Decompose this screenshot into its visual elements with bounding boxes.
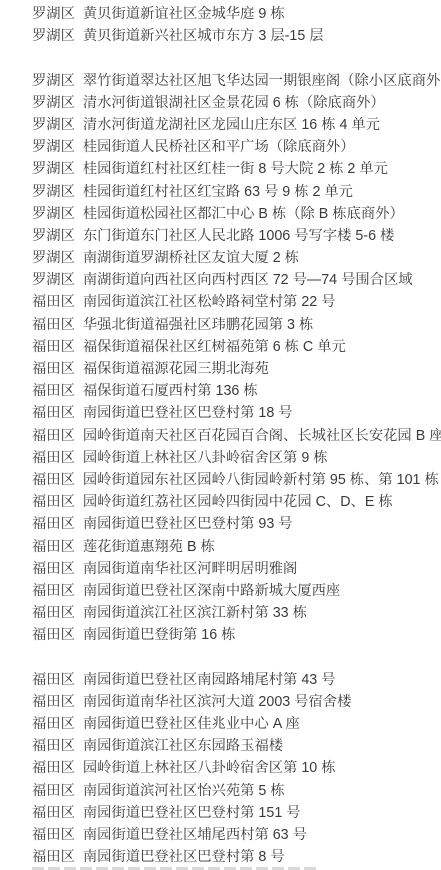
list-item: 福田区福保街道福保社区红树福苑第 6 栋 C 单元 — [0, 336, 441, 358]
list-item: 罗湖区南湖街道罗湖桥社区友谊大厦 2 栋 — [0, 247, 441, 269]
list-item: 福田区福保街道福源花园三期北海苑 — [0, 358, 441, 380]
district-label: 罗湖区 — [32, 247, 75, 269]
list-gap — [0, 646, 441, 668]
district-label: 福田区 — [32, 513, 75, 535]
list-item: 罗湖区清水河街道龙湖社区龙园山庄东区 16 栋 4 单元 — [0, 114, 441, 136]
address-text: 南园街道滨江社区东园路玉福楼 — [83, 738, 283, 754]
district-label: 福田区 — [32, 713, 75, 735]
district-label: 福田区 — [32, 425, 75, 447]
address-text: 桂园街道松园社区都汇中心 B 栋（除 B 栋底商外） — [83, 206, 404, 222]
list-item: 福田区南园街道巴登社区巴登村第 8 号 — [0, 846, 441, 868]
district-label: 福田区 — [32, 314, 75, 336]
district-label: 福田区 — [32, 402, 75, 424]
district-label: 罗湖区 — [32, 181, 75, 203]
address-text: 福保街道福源花园三期北海苑 — [83, 361, 269, 377]
address-text: 桂园街道人民桥社区和平广场（除底商外） — [83, 139, 355, 155]
district-label: 福田区 — [32, 691, 75, 713]
address-text: 南园街道巴登社区巴登村第 151 号 — [83, 805, 301, 821]
district-label: 福田区 — [32, 824, 75, 846]
list-item: 福田区园岭街道上林社区八卦岭宿舍区第 10 栋 — [0, 757, 441, 779]
address-text: 南园街道滨河社区怡兴苑第 5 栋 — [83, 783, 285, 799]
address-text: 桂园街道红村社区红桂一街 8 号大院 2 栋 2 单元 — [83, 161, 388, 177]
district-label: 福田区 — [32, 291, 75, 313]
list-item: 罗湖区桂园街道松园社区都汇中心 B 栋（除 B 栋底商外） — [0, 203, 441, 225]
address-text: 南园街道南华社区河畔明居明雅阁 — [83, 561, 297, 577]
list-item: 福田区南园街道巴登社区巴登村第 18 号 — [0, 402, 441, 424]
address-text: 翠竹街道翠达社区旭飞华达园一期银座阁（除小区底商外） — [83, 73, 441, 89]
district-label: 福田区 — [32, 602, 75, 624]
address-text: 华强北街道福强社区玮鹏花园第 3 栋 — [83, 317, 313, 333]
list-item: 福田区南园街道滨江社区东园路玉福楼 — [0, 735, 441, 757]
list-item: 福田区园岭街道园东社区园岭八街园岭新村第 95 栋、第 101 栋 — [0, 469, 441, 491]
district-label: 福田区 — [32, 846, 75, 868]
district-label: 福田区 — [32, 447, 75, 469]
address-text: 南园街道南华社区滨河大道 2003 号宿舍楼 — [83, 694, 352, 710]
address-text: 南园街道巴登街第 16 栋 — [83, 627, 236, 643]
address-text: 南园街道巴登社区佳兆业中心 A 座 — [83, 716, 300, 732]
district-label: 罗湖区 — [32, 3, 75, 25]
district-label: 罗湖区 — [32, 136, 75, 158]
address-text: 园岭街道红荔社区园岭四街园中花园 C、D、E 栋 — [83, 494, 393, 510]
list-item: 罗湖区黄贝街道新兴社区城市东方 3 层-15 层 — [0, 25, 441, 47]
district-label: 福田区 — [32, 558, 75, 580]
district-label: 福田区 — [32, 802, 75, 824]
list-item: 福田区南园街道巴登社区南园路埔尾村第 43 号 — [0, 669, 441, 691]
address-text: 南湖街道罗湖桥社区友谊大厦 2 栋 — [83, 250, 299, 266]
address-text: 园岭街道上林社区八卦岭宿舍区第 9 栋 — [83, 450, 328, 466]
district-label: 罗湖区 — [32, 114, 75, 136]
list-item: 福田区南园街道巴登社区巴登村第 93 号 — [0, 513, 441, 535]
district-label: 罗湖区 — [32, 158, 75, 180]
list-item: 福田区莲花街道惠翔苑 B 栋 — [0, 536, 441, 558]
district-label: 福田区 — [32, 669, 75, 691]
list-item: 罗湖区桂园街道人民桥社区和平广场（除底商外） — [0, 136, 441, 158]
list-item: 罗湖区桂园街道红村社区红桂一街 8 号大院 2 栋 2 单元 — [0, 158, 441, 180]
address-text: 莲花街道惠翔苑 B 栋 — [83, 539, 215, 555]
list-item: 福田区园岭街道红荔社区园岭四街园中花园 C、D、E 栋 — [0, 491, 441, 513]
district-label: 罗湖区 — [32, 225, 75, 247]
district-label: 福田区 — [32, 536, 75, 558]
list-item: 福田区南园街道巴登街第 16 栋 — [0, 624, 441, 646]
address-text: 南湖街道向西社区向西村西区 72 号—74 号围合区域 — [83, 272, 413, 288]
address-text: 福保街道石厦西村第 136 栋 — [83, 383, 258, 399]
list-item: 罗湖区南湖街道向西社区向西村西区 72 号—74 号围合区域 — [0, 269, 441, 291]
address-text: 南园街道巴登社区巴登村第 18 号 — [83, 405, 293, 421]
list-item: 福田区南园街道巴登社区佳兆业中心 A 座 — [0, 713, 441, 735]
address-text: 福保街道福保社区红树福苑第 6 栋 C 单元 — [83, 339, 346, 355]
address-text: 南园街道滨江社区滨江新村第 33 栋 — [83, 605, 307, 621]
district-label: 福田区 — [32, 624, 75, 646]
address-text: 黄贝街道新兴社区城市东方 3 层-15 层 — [83, 28, 324, 44]
list-item: 罗湖区桂园街道红村社区红宝路 63 号 9 栋 2 单元 — [0, 181, 441, 203]
address-text: 南园街道巴登社区巴登村第 8 号 — [83, 849, 285, 865]
address-text: 园岭街道上林社区八卦岭宿舍区第 10 栋 — [83, 760, 336, 776]
district-label: 福田区 — [32, 757, 75, 779]
list-item: 福田区南园街道滨河社区怡兴苑第 5 栋 — [0, 780, 441, 802]
district-label: 福田区 — [32, 491, 75, 513]
list-item: 福田区园岭街道南天社区百花园百合阁、长城社区长安花园 B 座 — [0, 425, 441, 447]
list-gap — [0, 47, 441, 69]
address-text: 园岭街道南天社区百花园百合阁、长城社区长安花园 B 座 — [83, 428, 441, 444]
address-text: 南园街道巴登社区巴登村第 93 号 — [83, 516, 293, 532]
address-text: 南园街道巴登社区埔尾西村第 63 号 — [83, 827, 307, 843]
address-list: 罗湖区黄贝街道新谊社区金城华庭 9 栋 罗湖区黄贝街道新兴社区城市东方 3 层-… — [0, 3, 441, 868]
district-label: 福田区 — [32, 580, 75, 602]
list-item: 福田区福保街道石厦西村第 136 栋 — [0, 380, 441, 402]
district-label: 罗湖区 — [32, 70, 75, 92]
address-text: 南园街道巴登社区南园路埔尾村第 43 号 — [83, 672, 336, 688]
list-item: 罗湖区黄贝街道新谊社区金城华庭 9 栋 — [0, 3, 441, 25]
list-item: 福田区南园街道滨江社区松岭路祠堂村第 22 号 — [0, 291, 441, 313]
district-label: 福田区 — [32, 735, 75, 757]
list-item: 罗湖区翠竹街道翠达社区旭飞华达园一期银座阁（除小区底商外） — [0, 70, 441, 92]
list-item: 罗湖区清水河街道银湖社区金景花园 6 栋（除底商外） — [0, 92, 441, 114]
address-text: 东门街道东门社区人民北路 1006 号写字楼 5-6 楼 — [83, 228, 394, 244]
district-label: 罗湖区 — [32, 92, 75, 114]
list-item: 福田区南园街道南华社区河畔明居明雅阁 — [0, 558, 441, 580]
list-item: 罗湖区东门街道东门社区人民北路 1006 号写字楼 5-6 楼 — [0, 225, 441, 247]
list-item: 福田区南园街道巴登社区深南中路新城大厦西座 — [0, 580, 441, 602]
address-rows: 罗湖区黄贝街道新谊社区金城华庭 9 栋 罗湖区黄贝街道新兴社区城市东方 3 层-… — [0, 3, 441, 868]
list-item: 福田区华强北街道福强社区玮鹏花园第 3 栋 — [0, 314, 441, 336]
list-item: 福田区南园街道巴登社区埔尾西村第 63 号 — [0, 824, 441, 846]
district-label: 罗湖区 — [32, 25, 75, 47]
district-label: 罗湖区 — [32, 269, 75, 291]
district-label: 福田区 — [32, 336, 75, 358]
address-text: 黄贝街道新谊社区金城华庭 9 栋 — [83, 6, 285, 22]
address-text: 桂园街道红村社区红宝路 63 号 9 栋 2 单元 — [83, 184, 353, 200]
address-text: 清水河街道银湖社区金景花园 6 栋（除底商外） — [83, 95, 385, 111]
district-label: 福田区 — [32, 380, 75, 402]
district-label: 福田区 — [32, 469, 75, 491]
address-text: 南园街道滨江社区松岭路祠堂村第 22 号 — [83, 294, 336, 310]
address-text: 园岭街道园东社区园岭八街园岭新村第 95 栋、第 101 栋 — [83, 472, 439, 488]
address-text: 清水河街道龙湖社区龙园山庄东区 16 栋 4 单元 — [83, 117, 380, 133]
list-item: 福田区南园街道巴登社区巴登村第 151 号 — [0, 802, 441, 824]
district-label: 罗湖区 — [32, 203, 75, 225]
district-label: 福田区 — [32, 780, 75, 802]
list-item: 福田区南园街道滨江社区滨江新村第 33 栋 — [0, 602, 441, 624]
list-item: 福田区南园街道南华社区滨河大道 2003 号宿舍楼 — [0, 691, 441, 713]
list-item: 福田区园岭街道上林社区八卦岭宿舍区第 9 栋 — [0, 447, 441, 469]
district-label: 福田区 — [32, 358, 75, 380]
address-text: 南园街道巴登社区深南中路新城大厦西座 — [83, 583, 340, 599]
